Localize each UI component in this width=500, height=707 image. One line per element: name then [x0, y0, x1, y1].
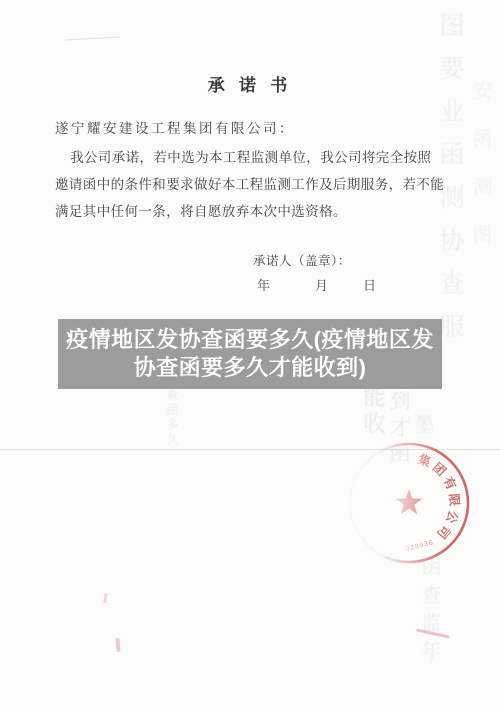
- date-year-label: 年: [257, 275, 270, 294]
- date-month-label: 月: [315, 275, 328, 294]
- scan-scratch-mark: [65, 37, 120, 41]
- seal-arc-char: 司: [434, 523, 453, 542]
- scan-speck: [116, 638, 121, 652]
- document-title: 承 诺 书: [0, 71, 500, 96]
- seal-arc-char: 有: [440, 474, 459, 492]
- signature-label: 承诺人（盖章）：: [253, 251, 351, 269]
- overlay-caption-banner: 疫情地区发协查函要多久(疫情地区发 协查函要多久才能收到): [58, 319, 442, 389]
- company-seal-stamp: 集 团 有 限 公 司 028036: [329, 423, 489, 583]
- seal-arc-char: 公: [443, 509, 460, 526]
- overlay-caption-line-1: 疫情地区发协查函要多久(疫情地区发: [58, 326, 442, 354]
- company-seal-graphic: 集 团 有 限 公 司 028036: [329, 423, 489, 583]
- scan-speck: [103, 593, 107, 603]
- overlay-caption-line-2: 协查函要多久才能收到): [58, 354, 442, 382]
- star-icon: [396, 489, 423, 514]
- bleedthrough-text: 安函测图: [466, 80, 495, 272]
- scanned-document-page: 图要业函测协查服 安函测图 能收 到才函 墨 查函多久 函查监年 承 诺 书 遂…: [0, 0, 500, 707]
- salutation-line: 遂宁耀安建设工程集团有限公司：: [55, 117, 295, 137]
- body-paragraph-line-3: 满足其中任何一条，将自愿放弃本次中选资格。: [55, 200, 347, 220]
- body-paragraph-line-1: 我公司承诺，若中选为本工程监测单位，我公司将完全按照: [70, 146, 431, 166]
- seal-arc-char: 集: [416, 451, 433, 470]
- bleedthrough-text: 查函多久: [164, 388, 181, 448]
- body-paragraph-line-2: 邀请函中的条件和要求做好本工程监测工作及后期服务，若不能: [55, 173, 444, 193]
- seal-arc-char: 限: [446, 493, 461, 507]
- seal-serial-number: 028036: [405, 539, 435, 553]
- date-day-label: 日: [363, 275, 376, 294]
- seal-arc-char: 团: [430, 460, 449, 479]
